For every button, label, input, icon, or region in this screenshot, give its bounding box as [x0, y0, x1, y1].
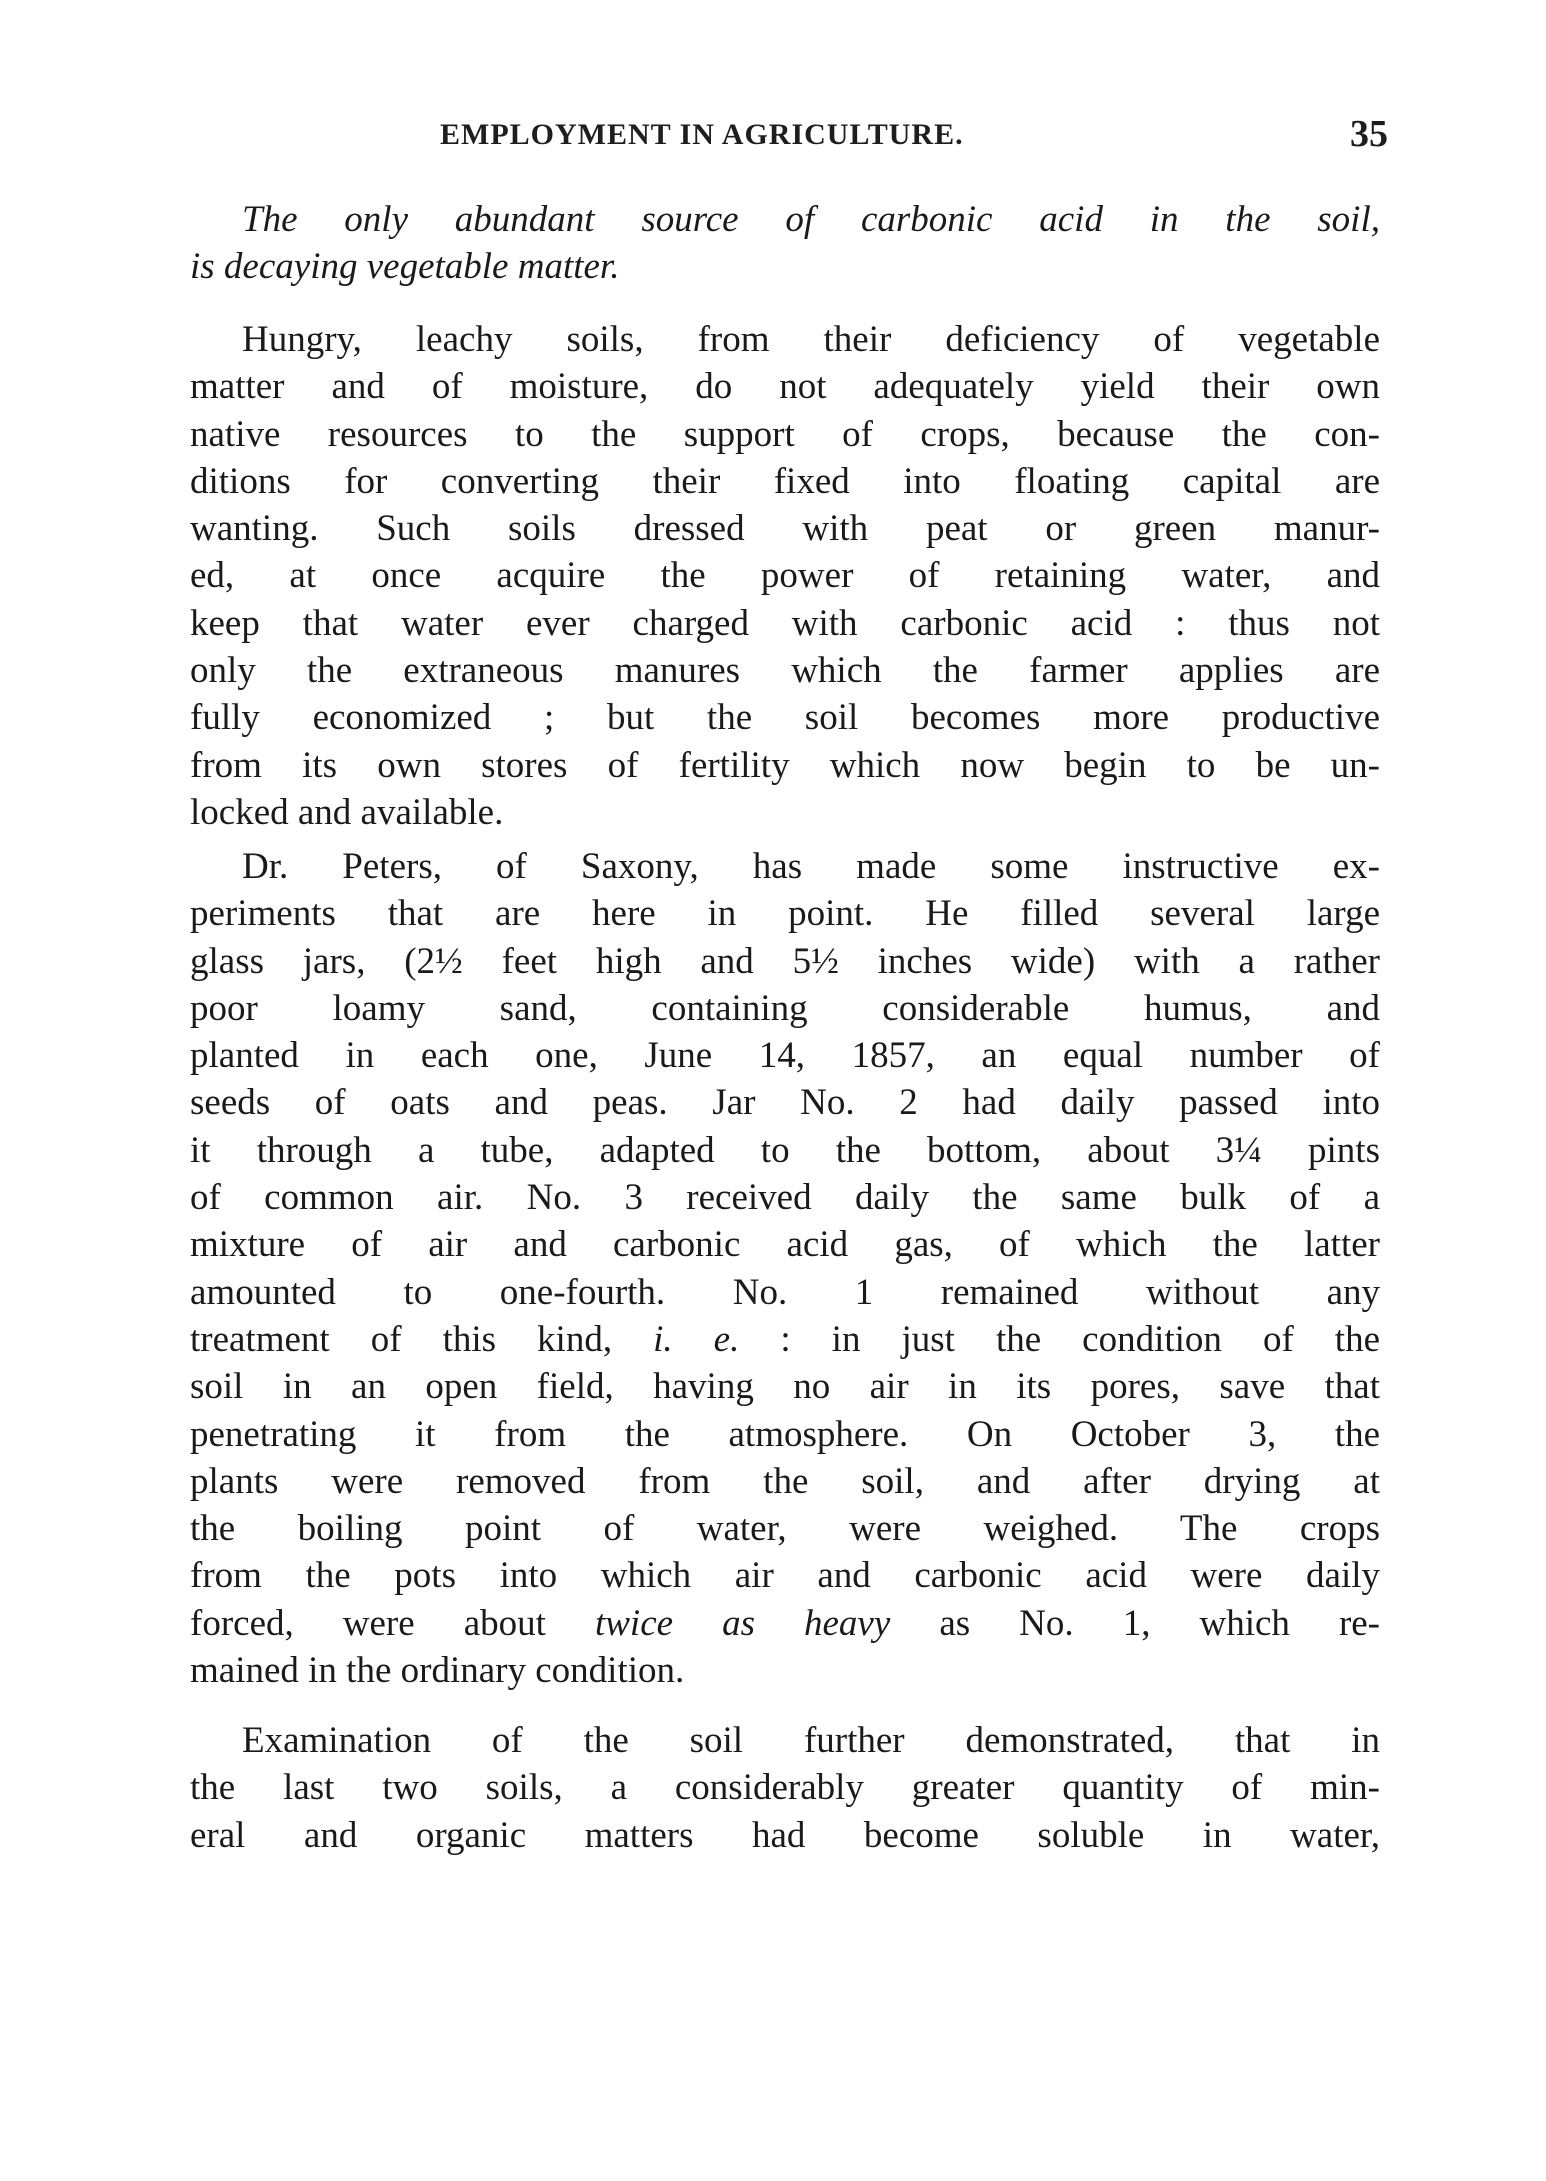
text-line: periments that are here in point. He fil…: [190, 890, 1380, 937]
text-line: keep that water ever charged with carbon…: [190, 600, 1380, 647]
text-line: the last two soils, a considerably great…: [190, 1764, 1380, 1811]
text-line: soil in an open field, having no air in …: [190, 1363, 1380, 1410]
text-line-with-italic: treatment of this kind, i. e. : in just …: [190, 1316, 1380, 1363]
text-line: from its own stores of fertility which n…: [190, 742, 1380, 789]
text-line: the boiling point of water, were weighed…: [190, 1505, 1380, 1552]
text-line: seeds of oats and peas. Jar No. 2 had da…: [190, 1079, 1380, 1126]
text-line: amounted to one-fourth. No. 1 remained w…: [190, 1269, 1380, 1316]
paragraph-hungry-soils: Hungry, leachy soils, from their deficie…: [190, 316, 1380, 836]
text-line: Dr. Peters, of Saxony, has made some ins…: [190, 843, 1380, 890]
text-segment: treatment of this kind,: [190, 1319, 653, 1360]
text-line: planted in each one, June 14, 1857, an e…: [190, 1032, 1380, 1079]
text-line: mixture of air and carbonic acid gas, of…: [190, 1221, 1380, 1268]
text-line: glass jars, (2½ feet high and 5½ inches …: [190, 938, 1380, 985]
running-head: EMPLOYMENT IN AGRICULTURE.: [440, 118, 964, 152]
paragraph-dr-peters-experiment: Dr. Peters, of Saxony, has made some ins…: [190, 843, 1380, 1694]
text-line: mained in the ordinary condition.: [190, 1647, 1380, 1694]
text-line: Hungry, leachy soils, from their deficie…: [190, 316, 1380, 363]
text-segment: as No. 1, which re-: [890, 1603, 1380, 1644]
text-line: eral and organic matters had become solu…: [190, 1812, 1380, 1859]
text-line: native resources to the support of crops…: [190, 411, 1380, 458]
text-line: is decaying vegetable matter.: [190, 243, 1380, 290]
text-segment: : in just the condition of the: [739, 1319, 1380, 1360]
italic-abbreviation: i. e.: [653, 1319, 739, 1360]
text-segment: forced, were about: [190, 1603, 595, 1644]
italic-emphasis: twice as heavy: [595, 1603, 890, 1644]
paragraph-examination: Examination of the soil further demonstr…: [190, 1717, 1380, 1859]
italic-lead-paragraph: The only abundant source of carbonic aci…: [190, 196, 1380, 291]
text-line: locked and available.: [190, 789, 1380, 836]
text-line: it through a tube, adapted to the bottom…: [190, 1127, 1380, 1174]
text-line: ditions for converting their fixed into …: [190, 458, 1380, 505]
text-line: only the extraneous manures which the fa…: [190, 647, 1380, 694]
text-line: poor loamy sand, containing considerable…: [190, 985, 1380, 1032]
text-line: penetrating it from the atmosphere. On O…: [190, 1411, 1380, 1458]
text-line: matter and of moisture, do not adequatel…: [190, 363, 1380, 410]
text-line-with-italic: forced, were about twice as heavy as No.…: [190, 1600, 1380, 1647]
text-line: fully economized ; but the soil becomes …: [190, 694, 1380, 741]
text-line: plants were removed from the soil, and a…: [190, 1458, 1380, 1505]
text-line: of common air. No. 3 received daily the …: [190, 1174, 1380, 1221]
text-line: ed, at once acquire the power of retaini…: [190, 552, 1380, 599]
page-number: 35: [1350, 112, 1388, 156]
text-line: from the pots into which air and carboni…: [190, 1552, 1380, 1599]
text-line: The only abundant source of carbonic aci…: [190, 196, 1380, 243]
book-page: EMPLOYMENT IN AGRICULTURE. 35 The only a…: [0, 0, 1546, 2181]
text-line: wanting. Such soils dressed with peat or…: [190, 505, 1380, 552]
text-line: Examination of the soil further demonstr…: [190, 1717, 1380, 1764]
